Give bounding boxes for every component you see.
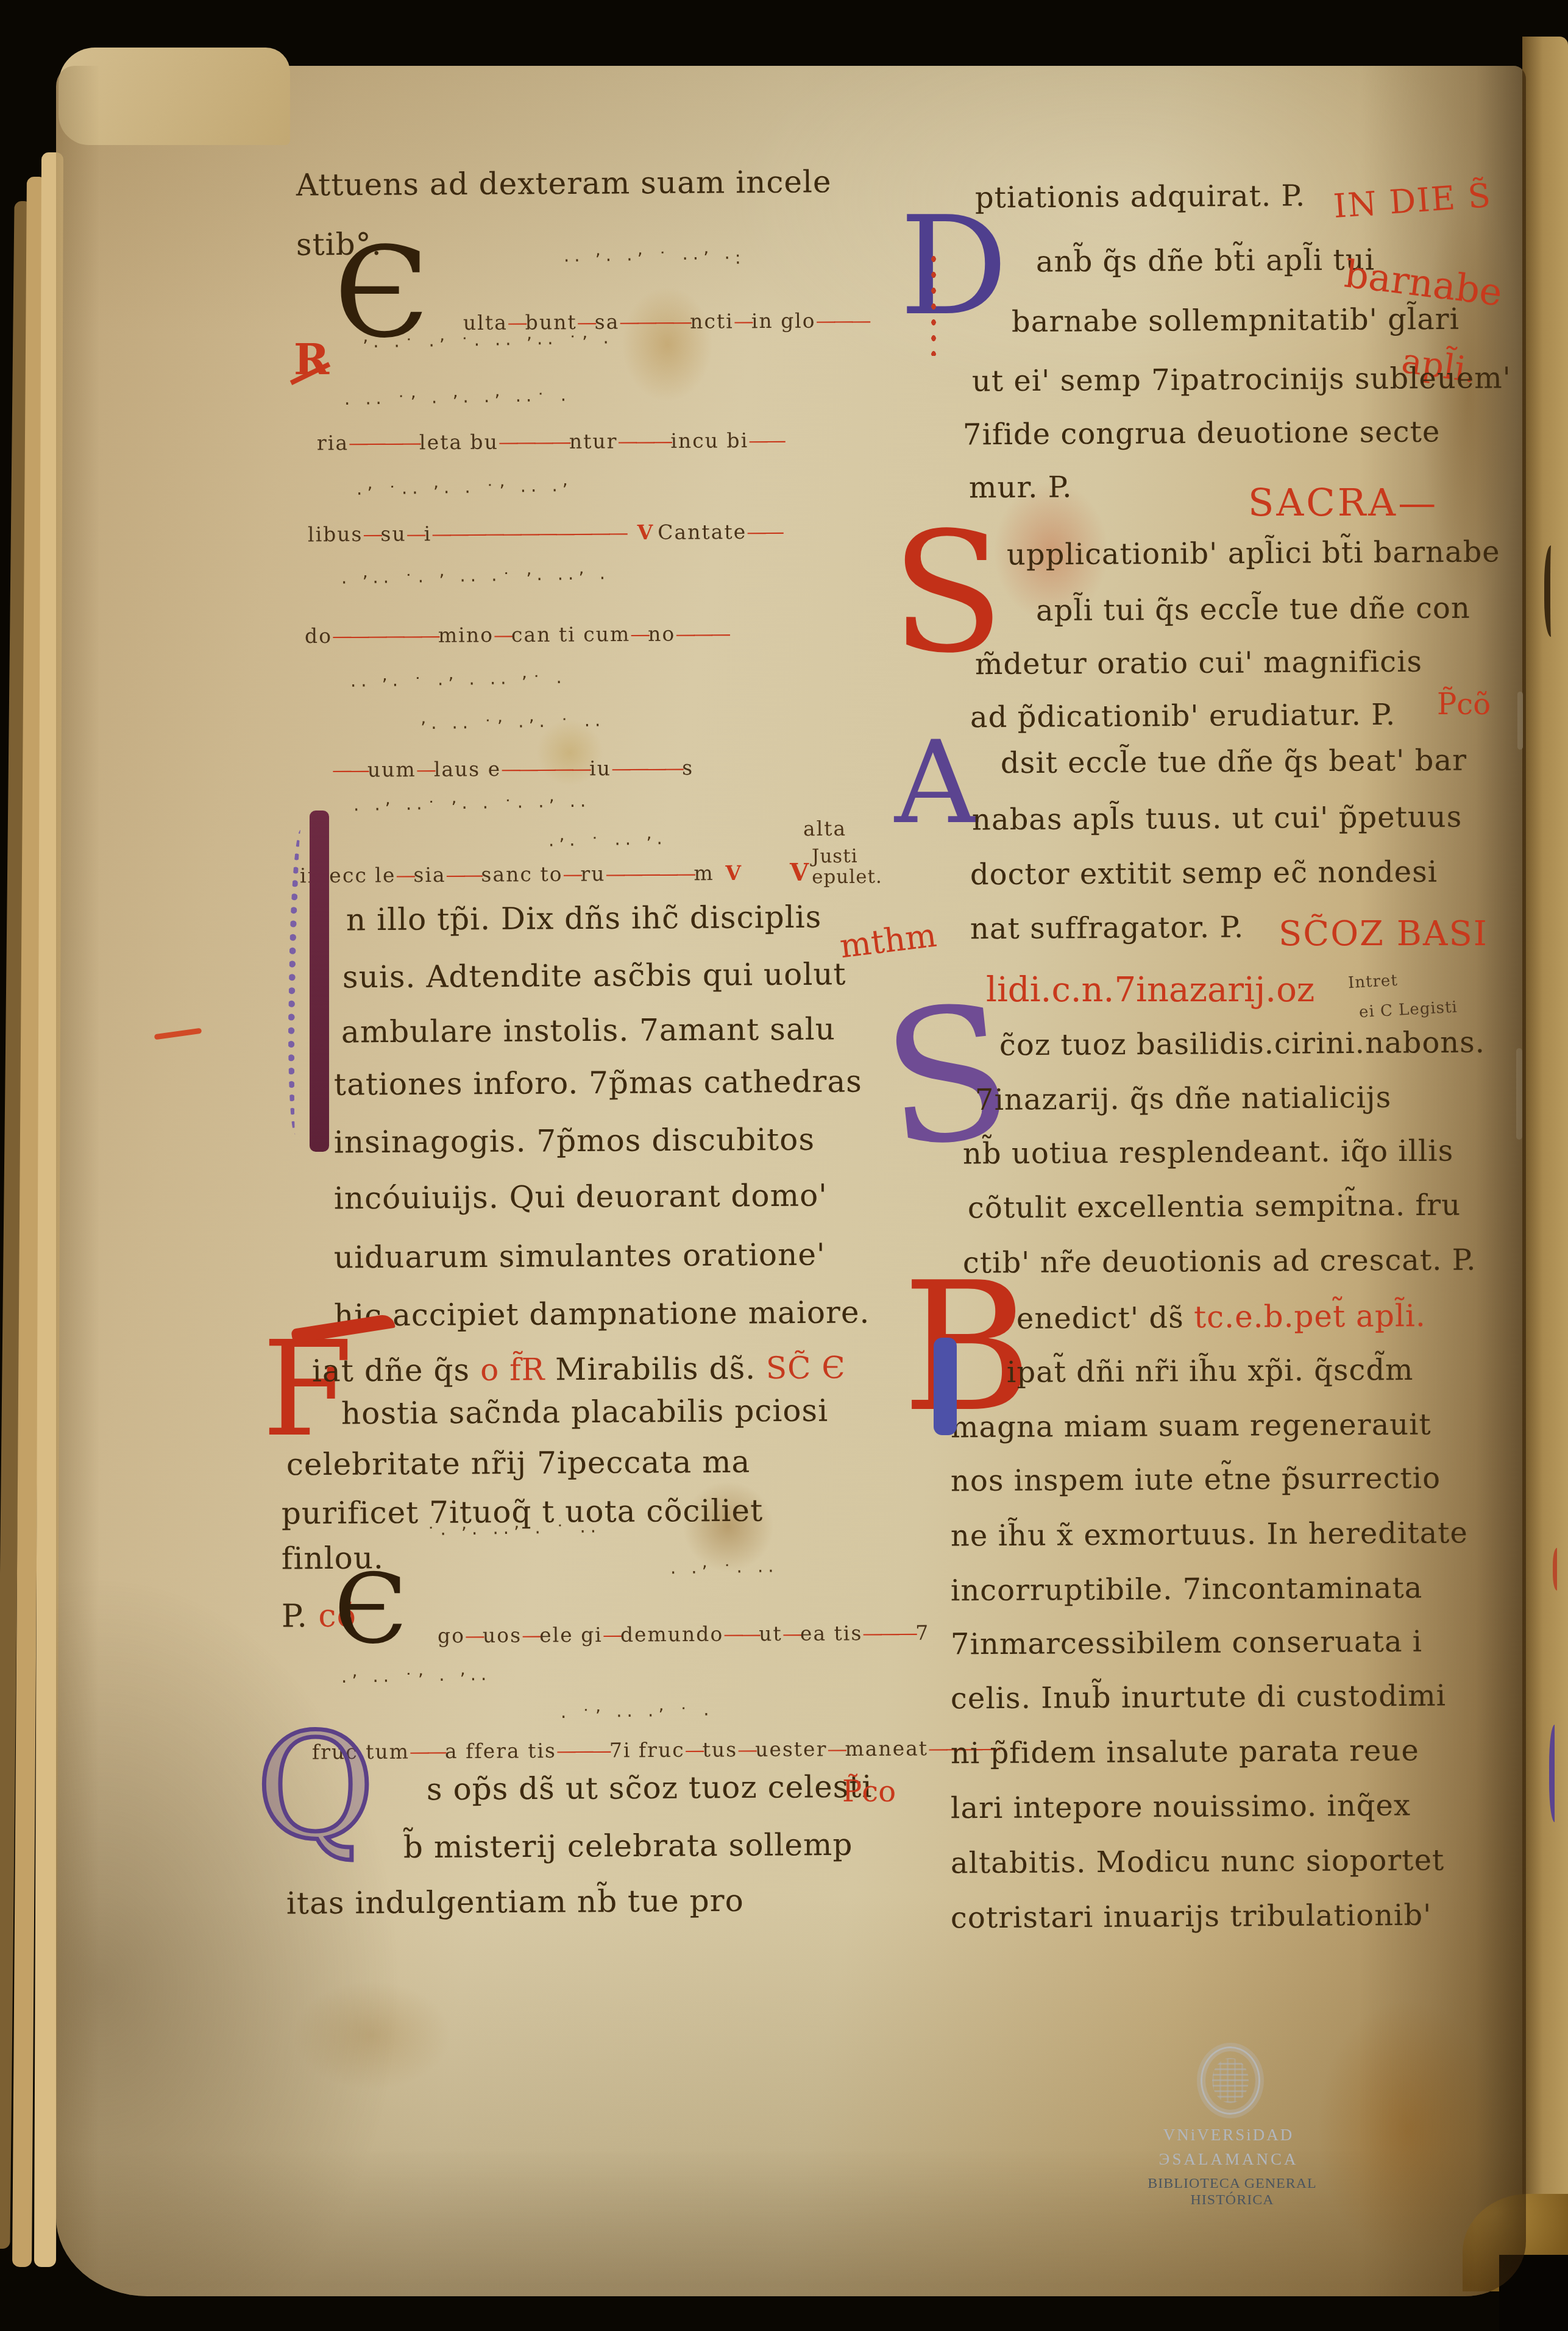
gospel-line-6: incóuiuijs. Qui deuorant domo' [334, 1178, 828, 1216]
prayer-line-18: nb̃ uotiua resplendeant. iq̃o illis [963, 1134, 1454, 1171]
next-page-sliver [1522, 37, 1568, 2294]
university-seal-icon [1201, 2046, 1260, 2115]
collect-line-3: itas indulgentiam nb̃ tue pro [286, 1883, 744, 1921]
cue-alta: alta [803, 817, 846, 840]
gospel-line-7: uiduarum simulantes oratione' [334, 1237, 826, 1275]
benedictus-incipit: enedict' ds̃ [1016, 1300, 1184, 1336]
prayer-line-9: m̃detur oratio cui' magnificis [975, 645, 1422, 681]
seal-inner-pattern [1212, 2058, 1249, 2103]
gospel-line-5: insinagogis. 7p̃mos discubitos [334, 1122, 815, 1160]
prayer-line-5: 7ifide congrua deuotione secte [963, 415, 1441, 452]
stamp-line-3: BIBLIOTECA GENERAL HISTÓRICA [1104, 2176, 1360, 2209]
prayer-line-10: ad p̃dicationib' erudiatur. P. [970, 698, 1396, 734]
neume-row-3: · ·· ˙ʼ · ʼ· ·ʼ ··˙ · [344, 389, 572, 414]
versicle-sign-justi: V [790, 858, 809, 887]
prayer-line-29: ni p̃fidem insalute parata reue [951, 1734, 1419, 1771]
neume-row-1: ·· ʼ· ·ʼ ˙ ··ʼ ·: [564, 247, 746, 271]
initial-quesumus: Q [256, 1731, 375, 1844]
prayer-line-30: lari intepore nouissimo. inq̃ex [951, 1789, 1411, 1826]
rubric-secreta: SC̃ Є [766, 1350, 846, 1386]
gospel-line-2: suis. Adtendite asc̃bis qui uolut [342, 956, 846, 995]
secret-line-2: celebritate nr̃ij 7ipeccata ma [286, 1444, 751, 1483]
neume-row-6: ·· ʼ· ˙ ·ʼ · ·· ʼ˙ · [350, 672, 567, 696]
prayer-line-19: cõtulit excellentia sempit̃na. fru [968, 1188, 1461, 1226]
prayer-line-31: altabitis. Modicu nunc sioportet [951, 1843, 1445, 1881]
offertory-cue: Mirabilis ds̃. [555, 1350, 766, 1387]
neume-row-10: ˙· ʼ· ··ʼ · ˙ ·· [427, 1521, 601, 1545]
prayer-line-12: nabas apl̃s tuus. ut cui' p̃petuus [972, 800, 1463, 837]
prayer-line-27: 7inmarcessibilem conseruata i [951, 1625, 1422, 1662]
stamp-line-2: ЭSALAMANCA [1121, 2150, 1336, 2169]
initial-supplicationibus: S [891, 529, 1004, 658]
per-sign: P. [282, 1598, 308, 1634]
initial-da: D [899, 215, 1008, 320]
offertory-incipit: iat dñe q̃s [312, 1352, 480, 1389]
heading-line-1: Attuens ad dexteram suam incele [296, 164, 832, 202]
neume-row-13: · ˙ʼ ·· ·ʼ ˙ · [561, 1704, 714, 1727]
neume-row-2: ʼ· ·˙ ·ʼ ˙· ·· ʼ·· ˙ʼ · [363, 332, 614, 357]
prayer-line-4: ut ei' semp 7ipatrocinijs subleuem' [972, 361, 1511, 398]
rubric-tc-eb: tc.e.b.pet̃ apl̃i. [1194, 1298, 1426, 1335]
prayer-line-11: dsit eccl̃e tue dñe q̃s beat' bar [1001, 743, 1467, 781]
initial-adsit: A [895, 739, 977, 828]
gospel-line-1: n illo tp̃i. Dix dñs ihc̃ disciplis [346, 899, 822, 938]
gospel-line-8: hic accipiet dampnatione maiore. [334, 1294, 870, 1333]
gloss-line-1: Intret [1347, 971, 1398, 992]
collect-line-2: b̃ misterij celebrata sollemp [403, 1827, 853, 1865]
neume-row-9: ·ʼ· ˙ ·· ʼ· [548, 832, 667, 855]
initial-exultabunt: Є [334, 245, 430, 342]
secret-line-1: hostia sac̃nda placabilis pciosi [341, 1393, 828, 1432]
collect-line-1: s op̃s ds̃ ut sc̃oz tuoz celesti [427, 1769, 873, 1807]
gospel-line-3: ambulare instolis. 7amant salu [341, 1012, 835, 1050]
cue-justi-line1: Justi [812, 845, 858, 867]
stamp-line-1: VNiVERSiDAD [1121, 2126, 1336, 2145]
prayer-line-21: enedict' ds̃ tc.e.b.pet̃ apl̃i. [1016, 1298, 1426, 1336]
prayer-line-22: ipat̃ dñi nr̃i ih̃u xp̃i. q̃scd̃m [1007, 1353, 1414, 1389]
prayer-line-32: cotristari inuarijs tribulationib' [951, 1898, 1432, 1935]
next-page-text-mark-1 [1544, 545, 1561, 637]
library-stamp: VNiVERSiDAD ЭSALAMANCA BIBLIOTECA GENERA… [1121, 2035, 1377, 2206]
prayer-line-1: ptiationis adquirat. P. [975, 179, 1306, 215]
gospel-line-4: tationes inforo. 7p̃mas cathedras [334, 1063, 862, 1102]
communion-chant-1: go—uos—ele gi—demundo——ut—ea tis———7 [438, 1621, 929, 1648]
cue-justi-line2: epulet. [812, 866, 882, 889]
offertory-heading-line: iat dñe q̃s o f̃R Mirabilis ds̃. SC̃ Є [312, 1350, 846, 1388]
initial-in-illo-bar [310, 811, 329, 1152]
chant-line-4: do——————mino—can ti cum—no——— [305, 622, 729, 648]
chant-line-5: ——uum—laus e—————iu————s [332, 756, 694, 782]
next-page-text-mark-2 [1549, 1725, 1563, 1822]
prayer-line-24: nos inspem iute et̃ne p̃surrectio [951, 1461, 1441, 1499]
neume-row-4: ·ʼ ˙·· ʼ· · ˙ʼ ·· ·ʼ [357, 480, 573, 504]
initial-sanctorum: S [878, 999, 1017, 1154]
initial-da-red-dots [928, 251, 941, 356]
rubric-postcommunio-left: P̃co [842, 1775, 896, 1809]
neume-row-12: ·ʼ ·· ˙ʼ · ʼ·· [341, 1669, 492, 1692]
initial-benedictus-blue-accent [934, 1338, 957, 1435]
prayer-line-20: ctib' nr̃e deuotionis ad crescat. P. [963, 1243, 1477, 1280]
rubric-sanctorum-basilidis: SC̃OZ BASI [1279, 914, 1488, 954]
chant-line-6: in ecc le—sia——sanc to—ru—————m V [300, 861, 746, 887]
neume-row-7: ʼ· ·· ˙ʼ ·ʼ· ˙ ·· [420, 714, 606, 738]
chant-line-3: libus—su—i——————————— VCantate—— [308, 520, 782, 547]
communion-chant-2: fruc tum——a ffera tis———7i fruc—tus—uest… [312, 1736, 999, 1764]
prayer-line-3: barnabe sollempnitatib' gl̃ari [1012, 302, 1460, 339]
prayer-line-17: 7inazarij. q̃s dñe natialicijs [975, 1080, 1392, 1117]
prayer-line-14: nat suffragator. P. [970, 910, 1244, 946]
prayer-line-28: celis. Inub̃ inurtute di custodimi [951, 1679, 1446, 1716]
manuscript-photo: Attuens ad dexteram suam incele stib°. R… [0, 0, 1568, 2331]
prayer-line-8: apl̃i tui q̃s eccl̃e tue dñe con [1036, 591, 1470, 628]
prayer-line-7: upplicationib' apl̃ici bt̃i barnabe [1007, 535, 1500, 572]
initial-ego: Є [334, 1572, 408, 1647]
neume-row-8: · ·ʼ ··˙ ʼ· · ˙· ·ʼ ·· [353, 795, 591, 820]
prayer-line-26: incorruptibile. 7incontaminata [951, 1571, 1423, 1608]
rubric-lidi-line: lidi.c.n.7inazarij.oz [986, 970, 1314, 1010]
prayer-line-25: ne ih̃u x̃ exmortuus. In hereditate [951, 1516, 1468, 1553]
rubric-sacra: SACRA— [1248, 480, 1438, 525]
prayer-line-2: anb̃ q̃s dñe bt̃i apl̃i tui [1036, 243, 1375, 279]
initial-benedictus: B [902, 1279, 1033, 1417]
responsory-sign: R [294, 334, 329, 385]
rubric-ofr: o f̃R [480, 1352, 555, 1388]
chant-line-1: ulta—bunt—sa————ncti—in glo——— [463, 308, 869, 335]
next-page-text-mark-3 [1553, 1548, 1563, 1591]
chant-line-2: ria————leta bu————ntur———incu bi—— [317, 428, 784, 455]
rubric-postcommunio-right: P̃cõ [1437, 687, 1491, 722]
prayer-line-13: doctor extitit semp ec̃ nondesi [970, 855, 1438, 892]
neume-row-11: · ·ʼ ˙· ·· [670, 1560, 779, 1583]
prayer-line-23: magna miam suam regenerauit [951, 1408, 1431, 1445]
cue-justi-block: Justi epulet. [812, 846, 882, 888]
prayer-line-16: c̃oz tuoz basilidis.cirini.nabons. [999, 1026, 1485, 1063]
